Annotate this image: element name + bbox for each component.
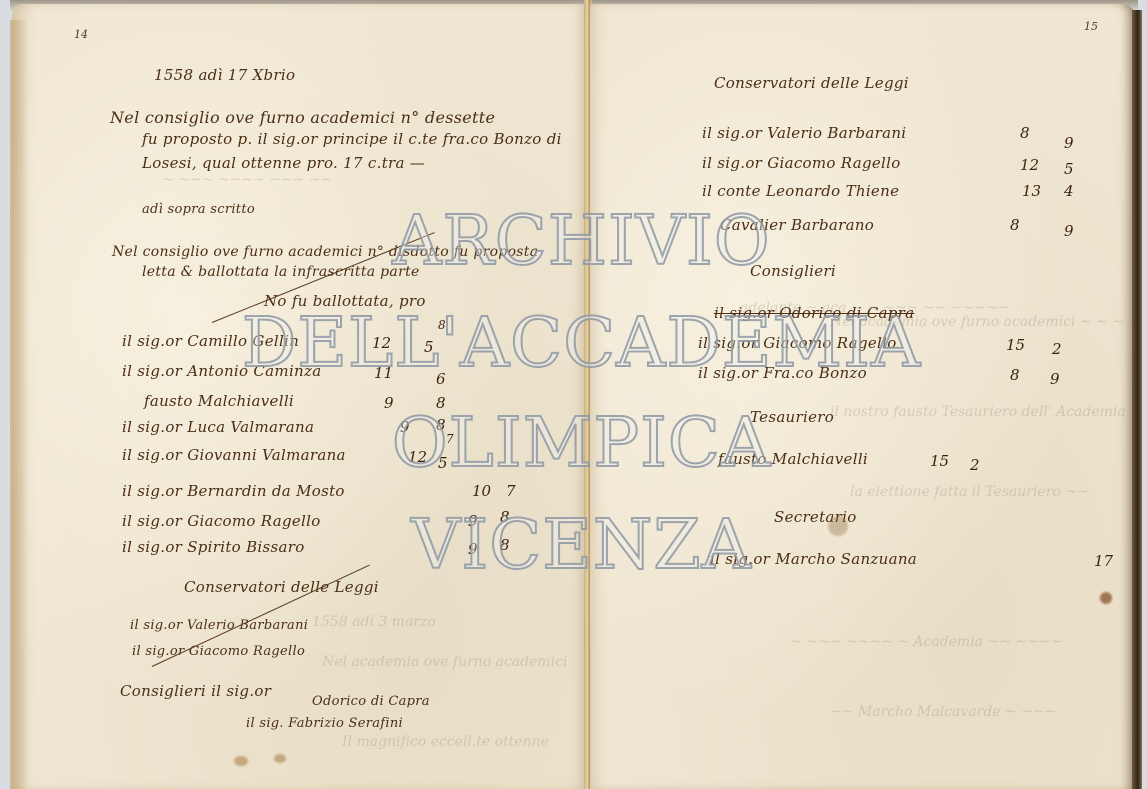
right-page-edge xyxy=(1132,10,1142,789)
vote-extra: 8 xyxy=(438,318,446,332)
bleed-through-text: Nel academia ove furno academici xyxy=(322,654,568,670)
ink-stain xyxy=(274,754,286,763)
paragraph-2-line-1: Nel consiglio ove furno academici n° dis… xyxy=(112,244,538,260)
vote-pro: 8 xyxy=(1010,366,1020,384)
struck-consigliere: il sig.or Odorico di Capra xyxy=(714,304,914,322)
vote-pro: 12 xyxy=(408,448,427,466)
vote-contra: 2 xyxy=(970,456,980,474)
consigliere: Odorico di Capra xyxy=(312,694,430,709)
right-page: 15 adelante ~ aca ~ ~ ~~~ ~~ ~~~~~ Nel a… xyxy=(590,4,1135,789)
conservatore-name: il sig.or Giacomo Ragello xyxy=(702,154,901,172)
vote-name: il sig.or Camillo Gellin xyxy=(122,332,299,350)
vote-pro: 12 xyxy=(372,334,391,352)
conservatore-name: Cavalier Barbarano xyxy=(720,216,874,234)
bleed-through-text: ~ ~~~ ~~~~ ~ Academia ~~ ~~~~ xyxy=(790,634,1062,650)
page-number-right: 15 xyxy=(1084,20,1098,33)
bleed-through-text: il nostro fausto Tesauriero dell' Academ… xyxy=(830,404,1126,420)
vote-contra: 6 xyxy=(436,370,446,388)
vote-name: il sig.or Giacomo Ragello xyxy=(122,512,321,530)
vote-pro: 10 xyxy=(472,482,491,500)
vote-pro: 9 xyxy=(400,418,410,436)
vote-name: il sig.or Bernardin da Mosto xyxy=(122,482,345,500)
consiglieri-label: Consiglieri il sig.or xyxy=(120,682,271,700)
conservatore: il sig.or Valerio Barbarani xyxy=(130,618,308,633)
vote-pro: 9 xyxy=(468,540,478,558)
left-page-edge xyxy=(10,20,28,789)
consigliere: il sig. Fabrizio Serafini xyxy=(246,716,403,731)
vote-contra: 8 xyxy=(436,394,446,412)
vote-pro: 8 xyxy=(1020,124,1030,142)
date-heading: 1558 adì 17 Xbrio xyxy=(154,66,295,84)
conservatore-name: il sig.or Valerio Barbarani xyxy=(702,124,906,142)
vote-contra: 8 xyxy=(500,508,510,526)
section-title-tesoriere: Tesauriero xyxy=(750,408,834,426)
vote-pro: 9 xyxy=(468,512,478,530)
vote-contra: 2 xyxy=(1052,340,1062,358)
vote-contra: 8 xyxy=(436,416,446,434)
tesoriere-name: fausto Malchiavelli xyxy=(718,450,868,468)
vote-contra: 9 xyxy=(1050,370,1060,388)
vote-pro: 13 xyxy=(1022,182,1041,200)
vote-name: il sig.or Luca Valmarana xyxy=(122,418,314,436)
vote-pro: 15 xyxy=(930,452,949,470)
vote-pro: 12 xyxy=(1020,156,1039,174)
conservatore: il sig.or Giacomo Ragello xyxy=(132,644,305,659)
left-page: 14 ~ ~~~ ~~~~ ~~~ ~~ 1558 adì 3 marzo Ne… xyxy=(12,4,586,789)
section-title-conservatori: Conservatori delle Leggi xyxy=(714,74,909,92)
conservatore-name: il conte Leonardo Thiene xyxy=(702,182,899,200)
consigliere-name: il sig.or Fra.co Bonzo xyxy=(698,364,867,382)
paragraph-1-line-2: fu proposto p. il sig.or principe il c.t… xyxy=(142,130,562,148)
vote-pro: 17 xyxy=(1094,552,1113,570)
consigliere-name: il sig.or Giacomo Ragello xyxy=(698,334,897,352)
bleed-through-text: la elettione fatta il Tesauriero ~~ xyxy=(850,484,1089,500)
bleed-through-text: 1558 adì 3 marzo xyxy=(312,614,436,630)
vote-contra: 9 xyxy=(1064,222,1074,240)
vote-contra: 5 xyxy=(424,338,434,356)
ink-stain xyxy=(828,516,848,536)
paragraph-1-line-1: Nel consiglio ove furno academici n° des… xyxy=(110,108,495,127)
vote-contra: 9 xyxy=(1064,134,1074,152)
vote-pro: 15 xyxy=(1006,336,1025,354)
vote-contra: 8 xyxy=(500,536,510,554)
bleed-through-text: Il magnifico eccell.te ottenne xyxy=(342,734,549,750)
ink-stain xyxy=(234,756,248,766)
secretario-name: il sig.or Marcho Sanzuana xyxy=(710,550,917,568)
vote-name: il sig.or Giovanni Valmarana xyxy=(122,446,346,464)
ballot-note: No fu ballottata, pro xyxy=(264,292,426,310)
vote-pro: 11 xyxy=(374,364,393,382)
vote-name: il sig.or Antonio Caminza xyxy=(122,362,321,380)
vote-contra: 5 xyxy=(1064,160,1074,178)
subheading: adì sopra scritto xyxy=(142,202,255,217)
vote-name: il sig.or Spirito Bissaro xyxy=(122,538,305,556)
paragraph-1-line-3: Losesi, qual ottenne pro. 17 c.tra — xyxy=(142,154,425,172)
paragraph-2-line-2: letta & ballottata la infrascritta parte xyxy=(142,264,420,280)
vote-extra: 7 xyxy=(446,432,454,446)
vote-pro: 9 xyxy=(384,394,394,412)
vote-pro: 8 xyxy=(1010,216,1020,234)
section-title-conservatori: Conservatori delle Leggi xyxy=(184,578,379,596)
vote-contra: 7 xyxy=(506,482,516,500)
page-number-left: 14 xyxy=(74,28,88,41)
bleed-through-text: ~ ~~~ ~~~~ ~~~ ~~ xyxy=(162,172,332,188)
manuscript-spread: 14 ~ ~~~ ~~~~ ~~~ ~~ 1558 adì 3 marzo Ne… xyxy=(0,0,1147,789)
vote-contra: 4 xyxy=(1064,182,1074,200)
ink-stain xyxy=(1100,592,1112,604)
bleed-through-text: ~~ Marcho Malcavarde ~ ~~~ xyxy=(830,704,1056,720)
section-title-consiglieri: Consiglieri xyxy=(750,262,836,280)
vote-contra: 5 xyxy=(438,454,448,472)
vote-name: fausto Malchiavelli xyxy=(144,392,294,410)
